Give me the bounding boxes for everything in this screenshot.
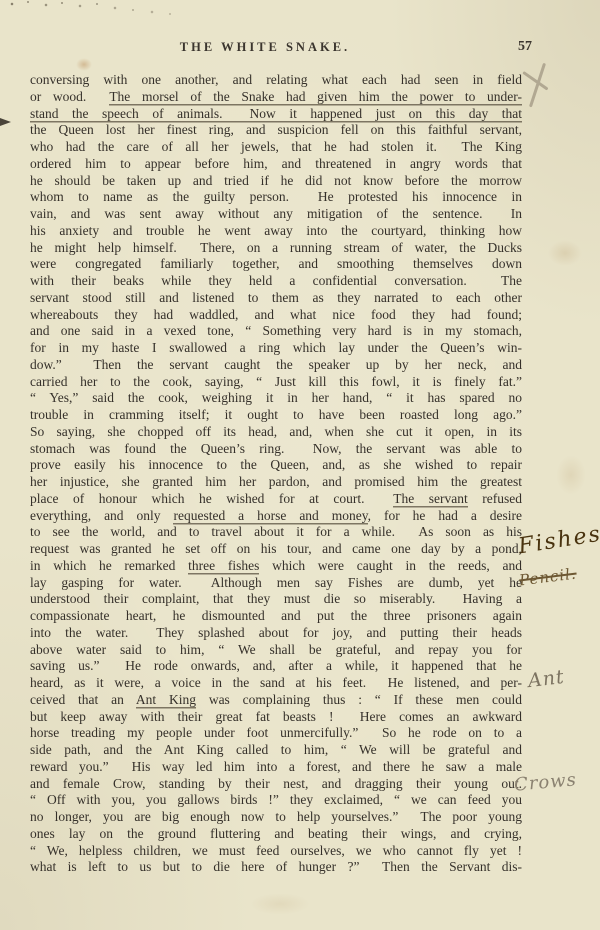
text-line: and female Crow, standing by their nest,… — [30, 776, 522, 793]
text-line: heard, as it were, a voice in the sand a… — [30, 675, 522, 692]
text-line: ones lay on the ground fluttering and be… — [30, 826, 522, 843]
text-line: “ We, helpless children, we must feed ou… — [30, 843, 522, 860]
text-line: everything, and only requested a horse a… — [30, 508, 522, 525]
page-number: 57 — [518, 39, 532, 55]
text-line: saving us.” He rode onwards, and, after … — [30, 658, 522, 675]
text-line: above water said to him, “ We shall be g… — [30, 642, 522, 659]
text-line: stand the speech of animals. Now it happ… — [30, 106, 522, 123]
running-header-title: THE WHITE SNAKE. — [30, 40, 500, 55]
handwritten-note-pencil-struck: Pencil. — [518, 565, 577, 590]
text-line: the Queen lost her finest ring, and susp… — [30, 122, 522, 139]
text-line: trouble in cramming itself; it ought to … — [30, 407, 522, 424]
text-line: compassionate heart, he dismounted and p… — [30, 608, 522, 625]
text-line: servant stood still and listened to them… — [30, 290, 522, 307]
pencil-underlined-text: Ant King — [136, 692, 196, 707]
text-line: what is left to us but to die here of hu… — [30, 859, 522, 876]
text-line: who had the care of all her jewels, that… — [30, 139, 522, 156]
handwritten-note-ant: Ant — [527, 666, 566, 692]
text-line: “ Off with you, you gallows birds !” the… — [30, 792, 522, 809]
text-line: horse treading my people under foot unme… — [30, 725, 522, 742]
text-line: for in my haste I swallowed a ring which… — [30, 340, 522, 357]
text-line: or wood. The morsel of the Snake had giv… — [30, 89, 522, 106]
pencil-underlined-text: The morsel of the Snake had given him th… — [109, 89, 522, 104]
text-line: stomach was found the Queen’s ring. Now,… — [30, 441, 522, 458]
paper-smudge-top — [0, 0, 230, 20]
paper-stain — [548, 240, 582, 266]
text-line: were congregated familiarly together, an… — [30, 256, 522, 273]
text-line: no longer, you are big enough now to hel… — [30, 809, 522, 826]
paper-stain — [556, 455, 586, 495]
handwritten-note-crows: Crows — [513, 769, 577, 795]
text-line: dow.” Then the servant caught the speake… — [30, 357, 522, 374]
text-line: side path, and the Ant King called to hi… — [30, 742, 522, 759]
text-line: to see the world, and to travel about it… — [30, 524, 522, 541]
text-line: whereabouts they had waddled, and what n… — [30, 307, 522, 324]
text-line: carried her to the cook, saying, “ Just … — [30, 374, 522, 391]
text-line: reward you.” His way led him into a fore… — [30, 759, 522, 776]
text-line: whom to name as the guilty person. He pr… — [30, 189, 522, 206]
book-page-scan: THE WHITE SNAKE. 57 conversing with one … — [0, 0, 600, 930]
text-line: in which he remarked three fishes which … — [30, 558, 522, 575]
pencil-underlined-text: three fishes — [188, 558, 259, 573]
text-line: “ Yes,” said the cook, weighing it in he… — [30, 390, 522, 407]
text-line: into the water. They splashed about for … — [30, 625, 522, 642]
body-text: conversing with one another, and relatin… — [30, 72, 522, 876]
text-line: with their beaks while they held a confi… — [30, 273, 522, 290]
handwritten-note-fishes: Fishes — [517, 522, 600, 560]
text-line: So saying, she chopped off its head, and… — [30, 424, 522, 441]
text-line: her injustice, she granted him her pardo… — [30, 474, 522, 491]
text-line: he might help himself. There, on a runni… — [30, 240, 522, 257]
text-line: conversing with one another, and relatin… — [30, 72, 522, 89]
pencil-underlined-text: requested a horse and money — [173, 508, 367, 523]
text-line: lay gasping for water. Although men say … — [30, 575, 522, 592]
paper-stain — [76, 58, 92, 71]
text-line: request was granted he set off on his to… — [30, 541, 522, 558]
text-line: and one said in a vexed tone, “ Somethin… — [30, 323, 522, 340]
text-line: understood their complaint, that they mu… — [30, 591, 522, 608]
text-line: he should be taken up and tried if he di… — [30, 173, 522, 190]
text-line: prove easily his innocence to the Queen,… — [30, 457, 522, 474]
pencil-margin-arrow — [0, 118, 11, 126]
text-line: ceived that an Ant King was complaining … — [30, 692, 522, 709]
pencil-x-mark — [520, 62, 556, 108]
text-line: his anxiety and trouble he went away int… — [30, 223, 522, 240]
text-line: place of honour which he wished for at c… — [30, 491, 522, 508]
paper-stain — [250, 893, 310, 915]
text-line: ordered him to appear before him, and th… — [30, 156, 522, 173]
pencil-underlined-text: The servant — [393, 491, 467, 506]
pencil-underlined-text: stand the speech of animals. Now it happ… — [30, 106, 522, 121]
text-line: vain, and was sent away without any miti… — [30, 206, 522, 223]
text-line: but keep away with their great fat beast… — [30, 709, 522, 726]
